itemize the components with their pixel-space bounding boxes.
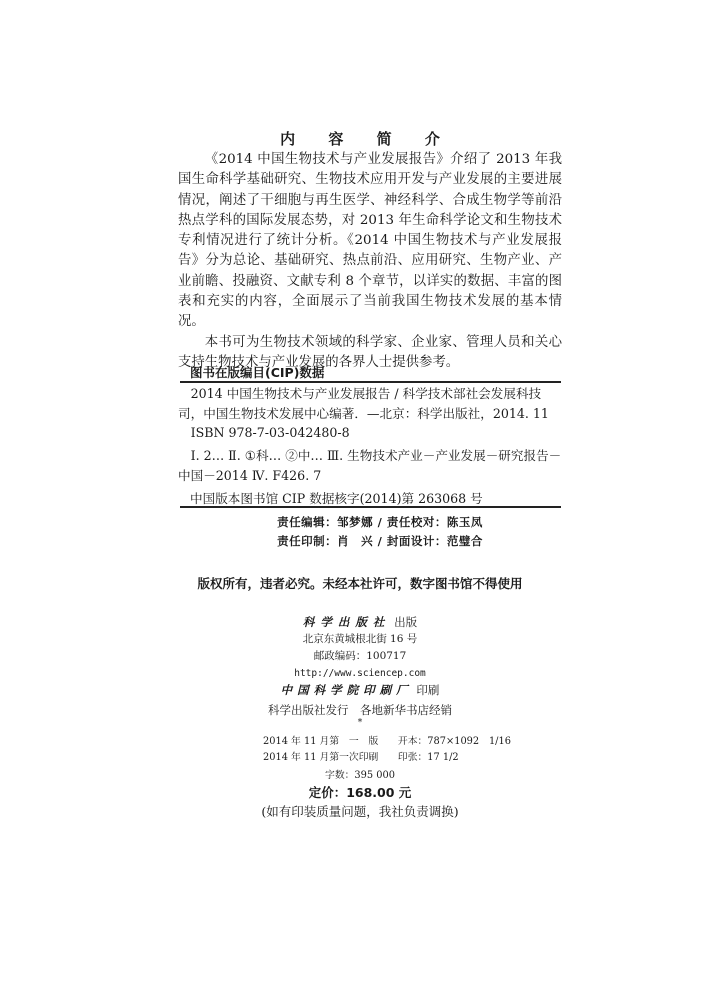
copyright-page: 内 容 简 介 《2014 中国生物技术与产业发展报告》介绍了 2013 年我国… — [0, 0, 720, 1000]
editor-credits: 责任编辑：邹梦娜 / 责任校对：陈玉凤 责任印制：肖 兴 / 封面设计：范璧合 — [0, 513, 720, 551]
publisher-name: 科学出版社 出版 — [0, 614, 720, 631]
cip-top-rule — [180, 381, 561, 383]
cip-record-number: 中国版本图书馆 CIP 数据核字(2014)第 263068 号 — [190, 488, 483, 507]
cip-entry: 2014 中国生物技术与产业发展报告 / 科学技术部社会发展科技司，中国生物技术… — [178, 384, 562, 423]
cip-entry-block: 2014 中国生物技术与产业发展报告 / 科学技术部社会发展科技司，中国生物技术… — [178, 384, 562, 443]
edition-row-2: 2014 年 11 月第一次印刷 印张：17 1/2 — [263, 750, 511, 766]
cip-classification: Ⅰ. 2… Ⅱ. ①科… ②中… Ⅲ. 生物技术产业－产业发展－研究报告－中国－… — [178, 446, 562, 485]
publisher-postcode: 邮政编码：100717 — [0, 648, 720, 665]
replacement-notice: (如有印装质量问题，我社负责调换) — [0, 802, 720, 820]
editor-credits-line-2: 责任印制：肖 兴 / 封面设计：范璧合 — [0, 532, 720, 551]
cip-bottom-rule — [180, 506, 561, 508]
page-title: 内 容 简 介 — [0, 128, 720, 149]
edition-info: 2014 年 11 月第 一 版 开本：787×1092 1/16 2014 年… — [263, 734, 511, 766]
word-count: 字数：395 000 — [0, 767, 720, 781]
publisher-block: 科学出版社 出版 北京东黄城根北街 16 号 邮政编码：100717 http:… — [0, 614, 720, 682]
printer-logo-text: 中国科学院印刷厂 — [281, 683, 413, 697]
rights-statement: 版权所有，违者必究。未经本社许可，数字图书馆不得使用 — [0, 574, 720, 592]
editor-credits-line-1: 责任编辑：邹梦娜 / 责任校对：陈玉凤 — [0, 513, 720, 532]
publisher-logo-text: 科学出版社 — [303, 615, 391, 629]
content-summary: 《2014 中国生物技术与产业发展报告》介绍了 2013 年我国生命科学基础研究… — [178, 150, 562, 373]
price: 定价：168.00 元 — [0, 783, 720, 801]
printer-name: 中国科学院印刷厂 印刷 — [0, 680, 720, 700]
edition-row-1: 2014 年 11 月第 一 版 开本：787×1092 1/16 — [263, 734, 511, 750]
printer-block: 中国科学院印刷厂 印刷 科学出版社发行 各地新华书店经销 — [0, 680, 720, 720]
summary-paragraph-1: 《2014 中国生物技术与产业发展报告》介绍了 2013 年我国生命科学基础研究… — [178, 150, 562, 333]
cip-isbn: ISBN 978-7-03-042480-8 — [178, 423, 562, 443]
printer-name-suffix: 印刷 — [416, 683, 439, 697]
publisher-address: 北京东黄城根北街 16 号 — [0, 631, 720, 648]
distribution-line: 科学出版社发行 各地新华书店经销 — [0, 700, 720, 720]
cip-heading: 图书在版编目(CIP)数据 — [190, 363, 324, 381]
cip-classification-block: Ⅰ. 2… Ⅱ. ①科… ②中… Ⅲ. 生物技术产业－产业发展－研究报告－中国－… — [178, 446, 562, 485]
separator-star: * — [0, 718, 720, 728]
publisher-name-suffix: 出版 — [394, 615, 417, 629]
